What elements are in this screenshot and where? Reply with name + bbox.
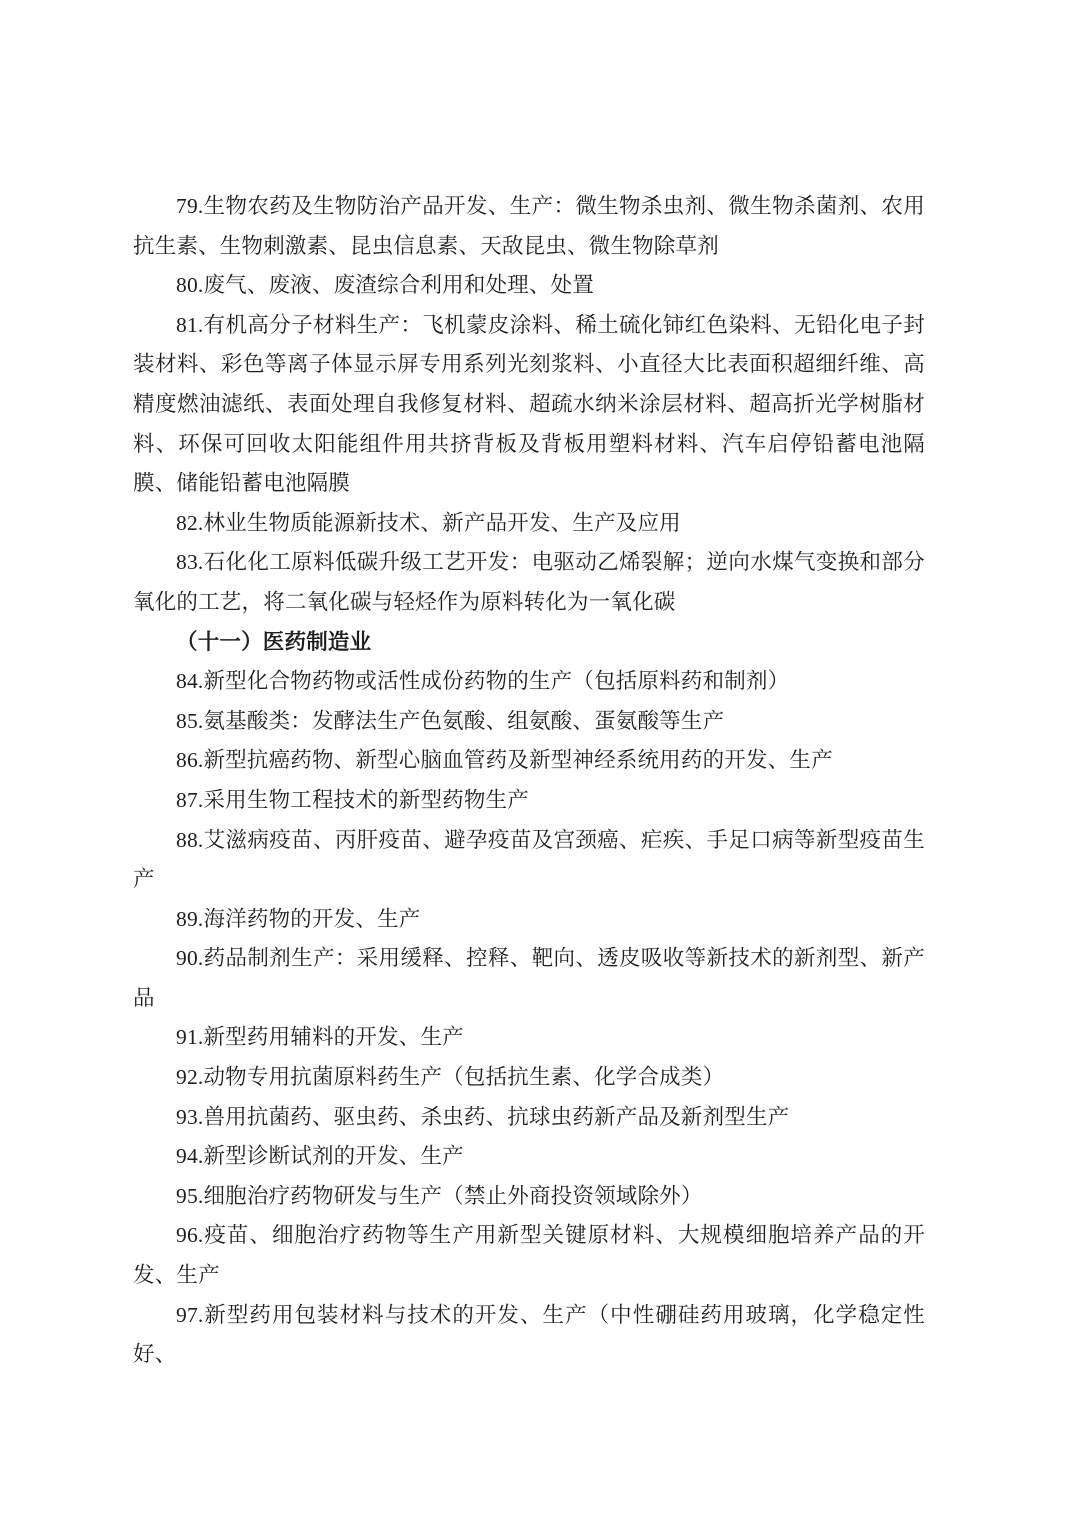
- list-item-96: 96.疫苗、细胞治疗药物等生产用新型关键原材料、大规模细胞培养产品的开发、生产: [133, 1216, 925, 1295]
- list-item-95: 95.细胞治疗药物研发与生产（禁止外商投资领域除外）: [133, 1177, 925, 1217]
- list-item-85: 85.氨基酸类：发酵法生产色氨酸、组氨酸、蛋氨酸等生产: [133, 702, 925, 742]
- list-item-86: 86.新型抗癌药物、新型心脑血管药及新型神经系统用药的开发、生产: [133, 741, 925, 781]
- section-heading-11-pharma: （十一）医药制造业: [133, 623, 925, 663]
- list-item-79: 79.生物农药及生物防治产品开发、生产：微生物杀虫剂、微生物杀菌剂、农用抗生素、…: [133, 187, 925, 266]
- list-item-93: 93.兽用抗菌药、驱虫药、杀虫药、抗球虫药新产品及新剂型生产: [133, 1098, 925, 1138]
- list-item-94: 94.新型诊断试剂的开发、生产: [133, 1137, 925, 1177]
- list-item-83: 83.石化化工原料低碳升级工艺开发：电驱动乙烯裂解；逆向水煤气变换和部分氧化的工…: [133, 543, 925, 622]
- list-item-80: 80.废气、废液、废渣综合利用和处理、处置: [133, 266, 925, 306]
- list-item-91: 91.新型药用辅料的开发、生产: [133, 1018, 925, 1058]
- list-item-84: 84.新型化合物药物或活性成份药物的生产（包括原料药和制剂）: [133, 662, 925, 702]
- list-item-92: 92.动物专用抗菌原料药生产（包括抗生素、化学合成类）: [133, 1058, 925, 1098]
- list-item-97: 97.新型药用包装材料与技术的开发、生产（中性硼硅药用玻璃，化学稳定性好、: [133, 1296, 925, 1375]
- list-item-87: 87.采用生物工程技术的新型药物生产: [133, 781, 925, 821]
- list-item-81: 81.有机高分子材料生产：飞机蒙皮涂料、稀土硫化铈红色染料、无铅化电子封装材料、…: [133, 306, 925, 504]
- list-item-90: 90.药品制剂生产：采用缓释、控释、靶向、透皮吸收等新技术的新剂型、新产品: [133, 939, 925, 1018]
- document-page: 79.生物农药及生物防治产品开发、生产：微生物杀虫剂、微生物杀菌剂、农用抗生素、…: [0, 0, 1074, 1520]
- list-item-88: 88.艾滋病疫苗、丙肝疫苗、避孕疫苗及宫颈癌、疟疾、手足口病等新型疫苗生产: [133, 821, 925, 900]
- list-item-89: 89.海洋药物的开发、生产: [133, 900, 925, 940]
- list-item-82: 82.林业生物质能源新技术、新产品开发、生产及应用: [133, 504, 925, 544]
